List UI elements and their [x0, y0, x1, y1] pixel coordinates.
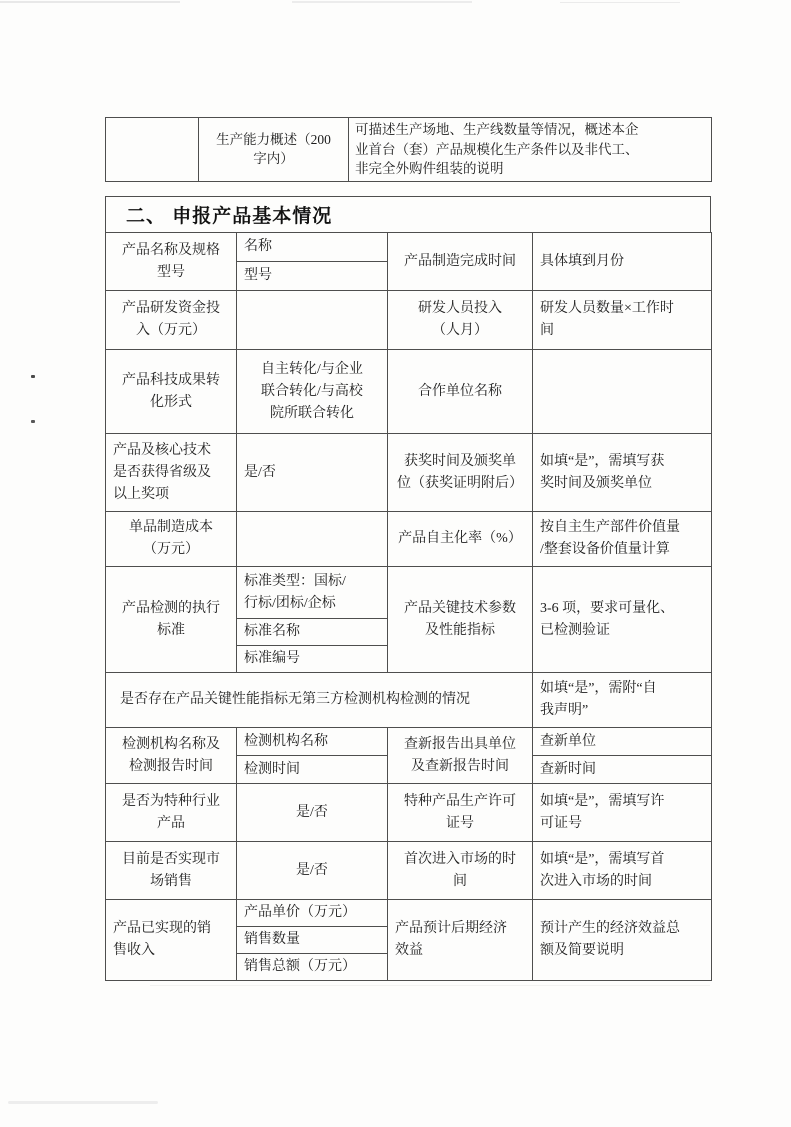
cell-market-label: 目前是否实现市 场销售 [106, 842, 237, 900]
cell-market-options: 是/否 [237, 842, 388, 900]
scan-artifact [560, 2, 680, 3]
scan-artifact-dot [31, 420, 35, 423]
cell-standard-no: 标准编号 [237, 646, 388, 673]
cell-novelty-time: 查新时间 [533, 756, 712, 784]
cell-rd-fund-label: 产品研发资金投 入（万元） [106, 291, 237, 350]
cell-inspect-time: 检测时间 [237, 756, 388, 784]
cell-achievement-options: 自主转化/与企业 联合转化/与高校 院所联合转化 [237, 350, 388, 434]
cell-rd-fund-value [237, 291, 388, 350]
cell-name-label: 名称 [237, 233, 388, 262]
cell-sales-label: 产品已实现的销 售收入 [106, 900, 237, 981]
cell-standard-name: 标准名称 [237, 619, 388, 646]
cell-key-params-label: 产品关键技术参数 及性能指标 [388, 567, 533, 673]
cell-achievement-label: 产品科技成果转 化形式 [106, 350, 237, 434]
cell-model-label: 型号 [237, 262, 388, 291]
cell-rd-staff-note: 研发人员数量×工作时 间 [533, 291, 712, 350]
cell-key-params-note: 3-6 项，要求可量化、 已检测验证 [533, 567, 712, 673]
table-row: 产品已实现的销 售收入 产品单价（万元） 产品预计后期经济 效益 预计产生的经济… [106, 900, 712, 927]
cell-self-rate-label: 产品自主化率（%） [388, 512, 533, 567]
cell-inspect-org-label: 检测机构名称及 检测报告时间 [106, 728, 237, 784]
cell-mfg-time-label: 产品制造完成时间 [388, 233, 533, 291]
table-row: 产品检测的执行 标准 标准类型：国标/ 行标/团标/企标 产品关键技术参数 及性… [106, 567, 712, 619]
cell-mfg-time-note: 具体填到月份 [533, 233, 712, 291]
cell-award-label: 产品及核心技术 是否获得省级及 以上奖项 [106, 434, 237, 512]
production-capacity-table: 生产能力概述（200 字内） 可描述生产场地、生产线数量等情况，概述本企 业首台… [105, 117, 712, 182]
cell-no-third-party-note: 如填“是”，需附“自 我声明” [533, 673, 712, 728]
cell-partner-value [533, 350, 712, 434]
cell-award-time-label: 获奖时间及颁奖单 位（获奖证明附后） [388, 434, 533, 512]
cell-award-note: 如填“是”，需填写获 奖时间及颁奖单位 [533, 434, 712, 512]
scan-artifact [8, 1101, 158, 1104]
cell-future-benefit-note: 预计产生的经济效益总 额及简要说明 [533, 900, 712, 981]
cell-market-time-label: 首次进入市场的时 间 [388, 842, 533, 900]
cell-self-rate-note: 按自主生产部件价值量 /整套设备价值量计算 [533, 512, 712, 567]
cell-novelty-label: 查新报告出具单位 及查新报告时间 [388, 728, 533, 784]
scanned-document-page: 生产能力概述（200 字内） 可描述生产场地、生产线数量等情况，概述本企 业首台… [0, 0, 791, 1127]
cell-production-capacity-label: 生产能力概述（200 字内） [199, 118, 349, 182]
cell-future-benefit-label: 产品预计后期经济 效益 [388, 900, 533, 981]
cell-production-capacity-note: 可描述生产场地、生产线数量等情况，概述本企 业首台（套）产品规模化生产条件以及非… [349, 118, 712, 182]
cell-inspect-org-name: 检测机构名称 [237, 728, 388, 756]
cell-special-label: 是否为特种行业 产品 [106, 784, 237, 842]
cell-unit-cost-label: 单品制造成本 （万元） [106, 512, 237, 567]
section-2-block: 二、 申报产品基本情况 产品名称及规格 型号 名称 产品制造完成时间 具体填到月… [105, 196, 711, 981]
cell-special-license-label: 特种产品生产许可 证号 [388, 784, 533, 842]
cell-empty-left [106, 118, 199, 182]
cell-rd-staff-label: 研发人员投入 （人月） [388, 291, 533, 350]
scan-artifact [292, 1, 472, 3]
table-row: 检测机构名称及 检测报告时间 检测机构名称 查新报告出具单位 及查新报告时间 查… [106, 728, 712, 756]
table-row: 目前是否实现市 场销售 是/否 首次进入市场的时 间 如填“是”，需填写首 次进… [106, 842, 712, 900]
table-row: 产品及核心技术 是否获得省级及 以上奖项 是/否 获奖时间及颁奖单 位（获奖证明… [106, 434, 712, 512]
table-row: 产品名称及规格 型号 名称 产品制造完成时间 具体填到月份 [106, 233, 712, 262]
cell-sales-total: 销售总额（万元） [237, 954, 388, 981]
cell-special-note: 如填“是”，需填写许 可证号 [533, 784, 712, 842]
cell-award-options: 是/否 [237, 434, 388, 512]
table-row: 是否存在产品关键性能指标无第三方检测机构检测的情况 如填“是”，需附“自 我声明… [106, 673, 712, 728]
cell-no-third-party-label: 是否存在产品关键性能指标无第三方检测机构检测的情况 [106, 673, 533, 728]
cell-sales-unit-price: 产品单价（万元） [237, 900, 388, 927]
cell-standard-label: 产品检测的执行 标准 [106, 567, 237, 673]
cell-standard-type: 标准类型：国标/ 行标/团标/企标 [237, 567, 388, 619]
cell-market-note: 如填“是”，需填写首 次进入市场的时间 [533, 842, 712, 900]
cell-partner-label: 合作单位名称 [388, 350, 533, 434]
section-title: 二、 申报产品基本情况 [105, 196, 711, 232]
table-row: 产品科技成果转 化形式 自主转化/与企业 联合转化/与高校 院所联合转化 合作单… [106, 350, 712, 434]
scan-artifact [0, 1, 180, 3]
cell-special-options: 是/否 [237, 784, 388, 842]
cell-sales-qty: 销售数量 [237, 927, 388, 954]
table-row: 产品研发资金投 入（万元） 研发人员投入 （人月） 研发人员数量×工作时 间 [106, 291, 712, 350]
table-row: 生产能力概述（200 字内） 可描述生产场地、生产线数量等情况，概述本企 业首台… [106, 118, 712, 182]
cell-unit-cost-value [237, 512, 388, 567]
table-row: 是否为特种行业 产品 是/否 特种产品生产许可 证号 如填“是”，需填写许 可证… [106, 784, 712, 842]
cell-novelty-org: 查新单位 [533, 728, 712, 756]
product-info-table: 产品名称及规格 型号 名称 产品制造完成时间 具体填到月份 型号 产品研发资金投… [105, 232, 712, 981]
cell-product-name-label: 产品名称及规格 型号 [106, 233, 237, 291]
scan-artifact-dot [31, 375, 35, 378]
scan-artifact [150, 985, 710, 986]
table-row: 单品制造成本 （万元） 产品自主化率（%） 按自主生产部件价值量 /整套设备价值… [106, 512, 712, 567]
